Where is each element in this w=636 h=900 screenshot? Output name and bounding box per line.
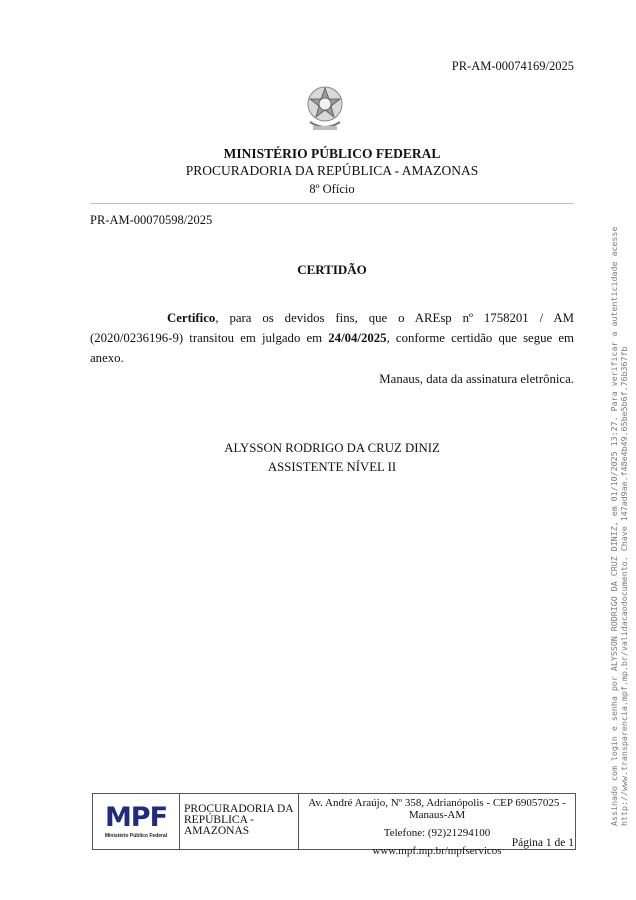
header-procuradoria: PROCURADORIA DA REPÚBLICA - AMAZONAS — [90, 163, 574, 179]
mpf-logo-text: MPF — [105, 804, 167, 831]
page-number: Página 1 de 1 — [480, 837, 574, 849]
reference-number: PR-AM-00070598/2025 — [90, 213, 212, 228]
body-date: 24/04/2025 — [328, 331, 386, 345]
signatory-role: ASSISTENTE NÍVEL II — [90, 460, 574, 475]
closing-line: Manaus, data da assinatura eletrônica. — [90, 372, 574, 387]
footer-address-2: Manaus-AM — [299, 809, 575, 821]
mpf-logo: MPF Ministério Público Federal — [93, 794, 180, 849]
document-number-top: PR-AM-00074169/2025 — [420, 59, 574, 74]
coat-of-arms-icon — [305, 82, 345, 138]
mpf-logo-subtitle: Ministério Público Federal — [105, 833, 167, 839]
footer-org-name: PROCURADORIA DA REPÚBLICA - AMAZONAS — [180, 794, 299, 849]
header-office: 8º Ofício — [90, 182, 574, 197]
document-title: CERTIDÃO — [90, 262, 574, 278]
header-ministry: MINISTÉRIO PÚBLICO FEDERAL — [90, 146, 574, 162]
stamp-line-1: Assinado com login e senha por ALYSSON R… — [609, 186, 619, 826]
stamp-line-2[interactable]: http://www.transparencia.mpf.mp.br/valid… — [619, 186, 629, 826]
signature-stamp: Assinado com login e senha por ALYSSON R… — [609, 186, 629, 826]
body-lead: Certifico — [167, 311, 215, 325]
header-divider — [90, 203, 574, 204]
signatory-name: ALYSSON RODRIGO DA CRUZ DINIZ — [90, 441, 574, 456]
footer-address-1: Av. André Araújo, Nº 358, Adrianópolis -… — [299, 797, 575, 809]
certificate-body: Certifico, para os devidos fins, que o A… — [90, 308, 574, 368]
